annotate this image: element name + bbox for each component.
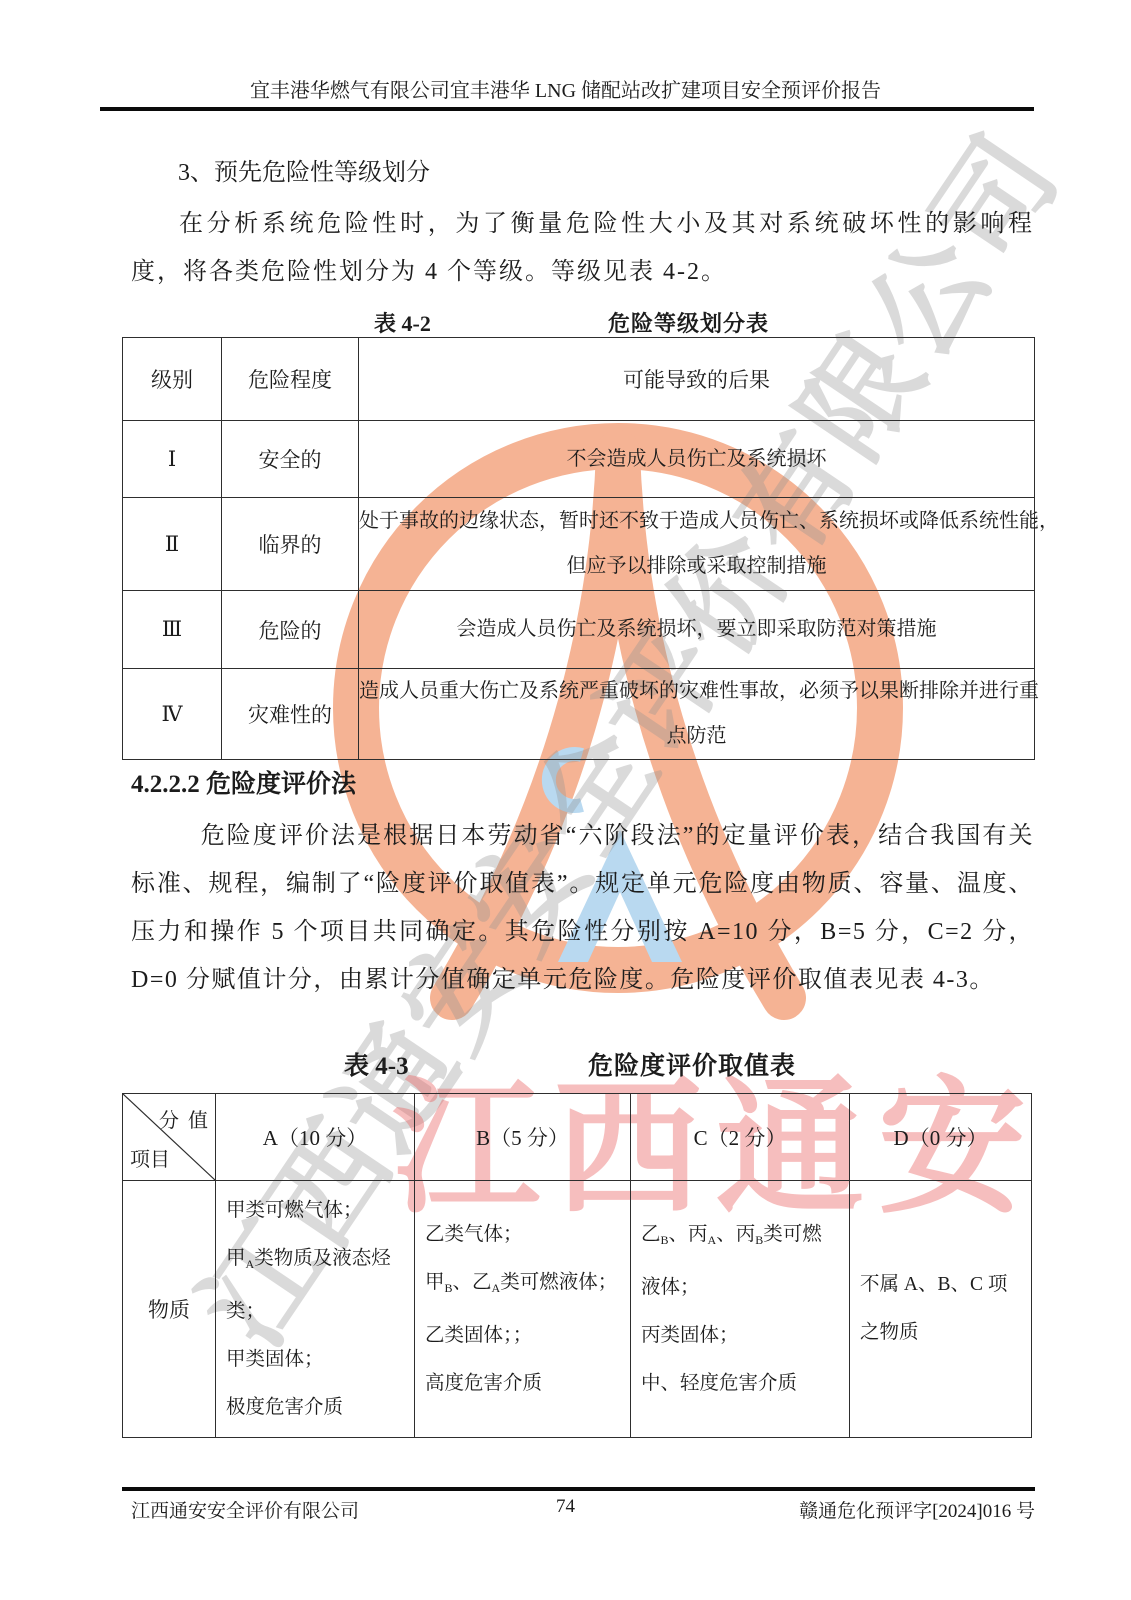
- t42-consequence-4: 造成人员重大伤亡及系统严重破坏的灾难性事故，必须予以果断排除并进行重点防范: [359, 669, 1035, 760]
- table-row: 物质 甲类可燃气体；甲A类物质及液态烃类；甲类固体；极度危害介质 乙类气体；甲B…: [123, 1181, 1032, 1438]
- t43-corner-cell: 分 值 项目: [123, 1094, 216, 1181]
- t43-header-c: C（2 分）: [631, 1094, 850, 1181]
- t42-degree-2: 临界的: [222, 498, 359, 591]
- t43-corner-bottom-label: 项目: [130, 1143, 170, 1172]
- table-row: Ⅳ 灾难性的 造成人员重大伤亡及系统严重破坏的灾难性事故，必须予以果断排除并进行…: [123, 669, 1035, 760]
- header-rule: [100, 107, 1034, 111]
- paragraph-section-4-2-2-2: 危险度评价法是根据日本劳动省“六阶段法”的定量评价表，结合我国有关标准、规程，编…: [131, 812, 1034, 1004]
- footer-doc-number: 赣通危化预评字[2024]016 号: [799, 1496, 1035, 1523]
- t43-cell-b: 乙类气体；甲B、乙A类可燃液体；乙类固体；；高度危害介质: [415, 1181, 631, 1438]
- t42-level-3: Ⅲ: [123, 591, 222, 669]
- t42-degree-4: 灾难性的: [222, 669, 359, 760]
- t43-cell-a: 甲类可燃气体；甲A类物质及液态烃类；甲类固体；极度危害介质: [216, 1181, 415, 1438]
- table-4-2-caption-title: 危险等级划分表: [608, 307, 769, 338]
- table-row: Ⅲ 危险的 会造成人员伤亡及系统损坏，要立即采取防范对策措施: [123, 591, 1035, 669]
- t42-degree-3: 危险的: [222, 591, 359, 669]
- table-4-3-caption-label: 表 4-3: [344, 1046, 409, 1082]
- table-row: Ⅱ 临界的 处于事故的边缘状态，暂时还不致于造成人员伤亡、系统损坏或降低系统性能…: [123, 498, 1035, 591]
- table-row: Ⅰ 安全的 不会造成人员伤亡及系统损坏: [123, 421, 1035, 498]
- section-heading-3: 3、预先危险性等级划分: [178, 152, 430, 187]
- content-layer: 宜丰港华燃气有限公司宜丰港华 LNG 储配站改扩建项目安全预评价报告 3、预先危…: [0, 0, 1131, 1600]
- t42-level-2: Ⅱ: [123, 498, 222, 591]
- t43-header-d: D（0 分）: [850, 1094, 1032, 1181]
- t43-row-label-substance: 物质: [123, 1181, 216, 1438]
- risk-score-table: 分 值 项目 A（10 分） B（5 分） C（2 分） D（0 分） 物质 甲…: [122, 1093, 1032, 1438]
- document-page: 江西通安安全评价有限公司 江西通安 宜丰港华燃气有限公司宜丰港华 LNG 储配站…: [0, 0, 1131, 1600]
- t42-header-level: 级别: [123, 338, 222, 421]
- footer-rule: [122, 1487, 1035, 1491]
- t42-header-degree: 危险程度: [222, 338, 359, 421]
- section-heading-4-2-2-2: 4.2.2.2 危险度评价法: [131, 764, 356, 800]
- t43-header-a: A（10 分）: [216, 1094, 415, 1181]
- t42-header-consequence: 可能导致的后果: [359, 338, 1035, 421]
- t42-consequence-2: 处于事故的边缘状态，暂时还不致于造成人员伤亡、系统损坏或降低系统性能，但应予以排…: [359, 498, 1035, 591]
- t42-degree-1: 安全的: [222, 421, 359, 498]
- table-4-2-caption-label: 表 4-2: [374, 307, 431, 338]
- table-4-3-caption-title: 危险度评价取值表: [588, 1046, 796, 1082]
- t43-cell-c: 乙B、丙A、丙B类可燃液体；丙类固体；中、轻度危害介质: [631, 1181, 850, 1438]
- paragraph-section-3: 在分析系统危险性时，为了衡量危险性大小及其对系统破坏性的影响程度，将各类危险性划…: [131, 200, 1034, 296]
- t43-cell-d: 不属 A、B、C 项之物质: [850, 1181, 1032, 1438]
- t43-header-b: B（5 分）: [415, 1094, 631, 1181]
- t43-corner-top-label: 分 值: [159, 1104, 210, 1133]
- t42-consequence-1: 不会造成人员伤亡及系统损坏: [359, 421, 1035, 498]
- t42-consequence-3: 会造成人员伤亡及系统损坏，要立即采取防范对策措施: [359, 591, 1035, 669]
- page-header-title: 宜丰港华燃气有限公司宜丰港华 LNG 储配站改扩建项目安全预评价报告: [0, 74, 1131, 103]
- hazard-level-table: 级别 危险程度 可能导致的后果 Ⅰ 安全的 不会造成人员伤亡及系统损坏 Ⅱ 临界…: [122, 337, 1035, 760]
- t42-level-1: Ⅰ: [123, 421, 222, 498]
- t42-level-4: Ⅳ: [123, 669, 222, 760]
